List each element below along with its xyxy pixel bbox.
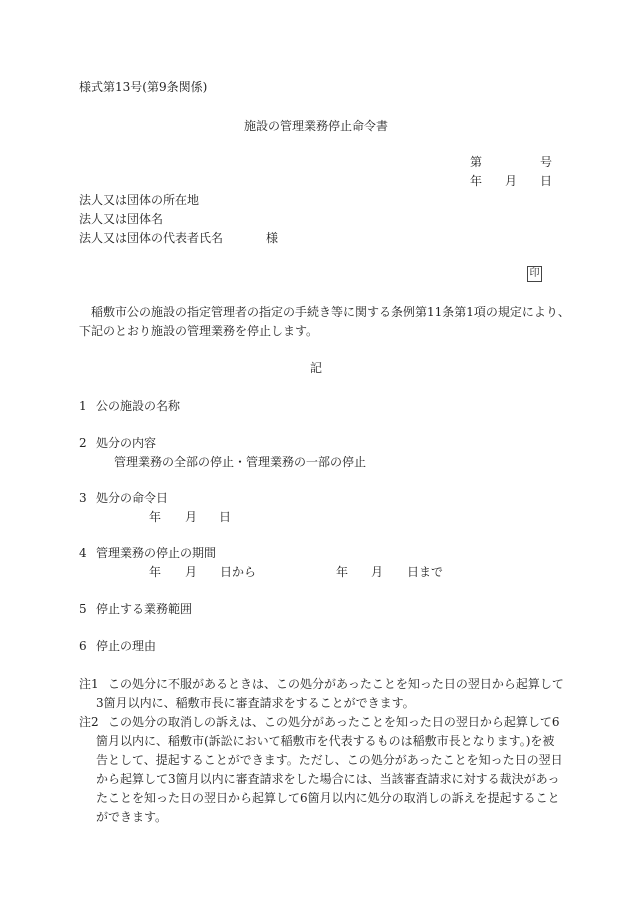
item-4-to-month: 月 xyxy=(371,565,383,580)
body-line-2: 下記のとおり施設の管理業務を停止します。 xyxy=(79,324,318,339)
addressee-address: 法人又は団体の所在地 xyxy=(79,193,199,208)
note-1-label: 注1 xyxy=(79,677,99,692)
item-2-detail: 管理業務の全部の停止・管理業務の一部の停止 xyxy=(114,455,366,470)
ref-date-day: 日 xyxy=(540,174,552,189)
body-line-1: 稲敷市公の施設の指定管理者の指定の手続き等に関する条例第11条第1項の規定により… xyxy=(91,305,570,320)
ki-heading: 記 xyxy=(310,361,322,376)
item-6-num: 6 xyxy=(79,639,87,654)
item-1-num: 1 xyxy=(79,399,87,414)
item-2-label: 処分の内容 xyxy=(96,436,156,451)
note-1-line-1: この処分に不服があるときは、この処分があったことを知った日の翌日から起算して xyxy=(108,677,564,692)
item-4-from-month: 月 xyxy=(185,565,197,580)
item-2-num: 2 xyxy=(79,436,87,451)
note-2-line-4: から起算して3箇月以内に審査請求をした場合には、当該審査請求に対する裁決があっ xyxy=(96,772,560,787)
note-1-line-2: 3箇月以内に、稲敷市長に審査請求をすることができます。 xyxy=(96,696,415,711)
form-number: 様式第13号(第9条関係) xyxy=(79,80,207,95)
note-2-line-3: 告として、提起することができます。ただし、この処分があったことを知った日の翌日 xyxy=(96,753,563,768)
note-2-line-1: この処分の取消しの訴えは、この処分があったことを知った日の翌日から起算して6 xyxy=(108,715,560,730)
item-6-label: 停止の理由 xyxy=(96,639,156,654)
item-3-label: 処分の命令日 xyxy=(96,491,168,506)
item-4-num: 4 xyxy=(79,546,87,561)
item-4-label: 管理業務の停止の期間 xyxy=(96,546,216,561)
item-3-num: 3 xyxy=(79,491,87,506)
addressee-name: 法人又は団体名 xyxy=(79,212,163,227)
ref-number-go: 号 xyxy=(540,155,552,170)
item-5-label: 停止する業務範囲 xyxy=(96,602,192,617)
item-4-to-year: 年 xyxy=(336,565,348,580)
item-4-from-year: 年 xyxy=(149,565,161,580)
item-3-month: 月 xyxy=(185,510,197,525)
item-5-num: 5 xyxy=(79,602,87,617)
note-2-label: 注2 xyxy=(79,715,99,730)
item-4-from-day: 日から xyxy=(220,565,256,580)
note-2-line-6: ができます。 xyxy=(96,810,167,825)
note-2-line-5: たことを知った日の翌日から起算して6箇月以内に処分の取消しの訴えを提起すること xyxy=(96,791,560,806)
document-title: 施設の管理業務停止命令書 xyxy=(244,119,388,134)
ref-date-year: 年 xyxy=(470,174,482,189)
ref-number-dai: 第 xyxy=(470,155,482,170)
addressee-representative: 法人又は団体の代表者氏名 xyxy=(79,231,223,246)
item-3-day: 日 xyxy=(219,510,231,525)
item-3-year: 年 xyxy=(149,510,161,525)
item-4-to-day: 日まで xyxy=(407,565,443,580)
item-1-label: 公の施設の名称 xyxy=(96,399,180,414)
note-2-line-2: 箇月以内に、稲敷市(訴訟において稲敷市を代表するものは稲敷市長となります。)を被 xyxy=(96,734,554,749)
ref-date-month: 月 xyxy=(505,174,517,189)
seal-mark: 印 xyxy=(527,266,542,282)
addressee-honorific: 様 xyxy=(266,231,278,246)
